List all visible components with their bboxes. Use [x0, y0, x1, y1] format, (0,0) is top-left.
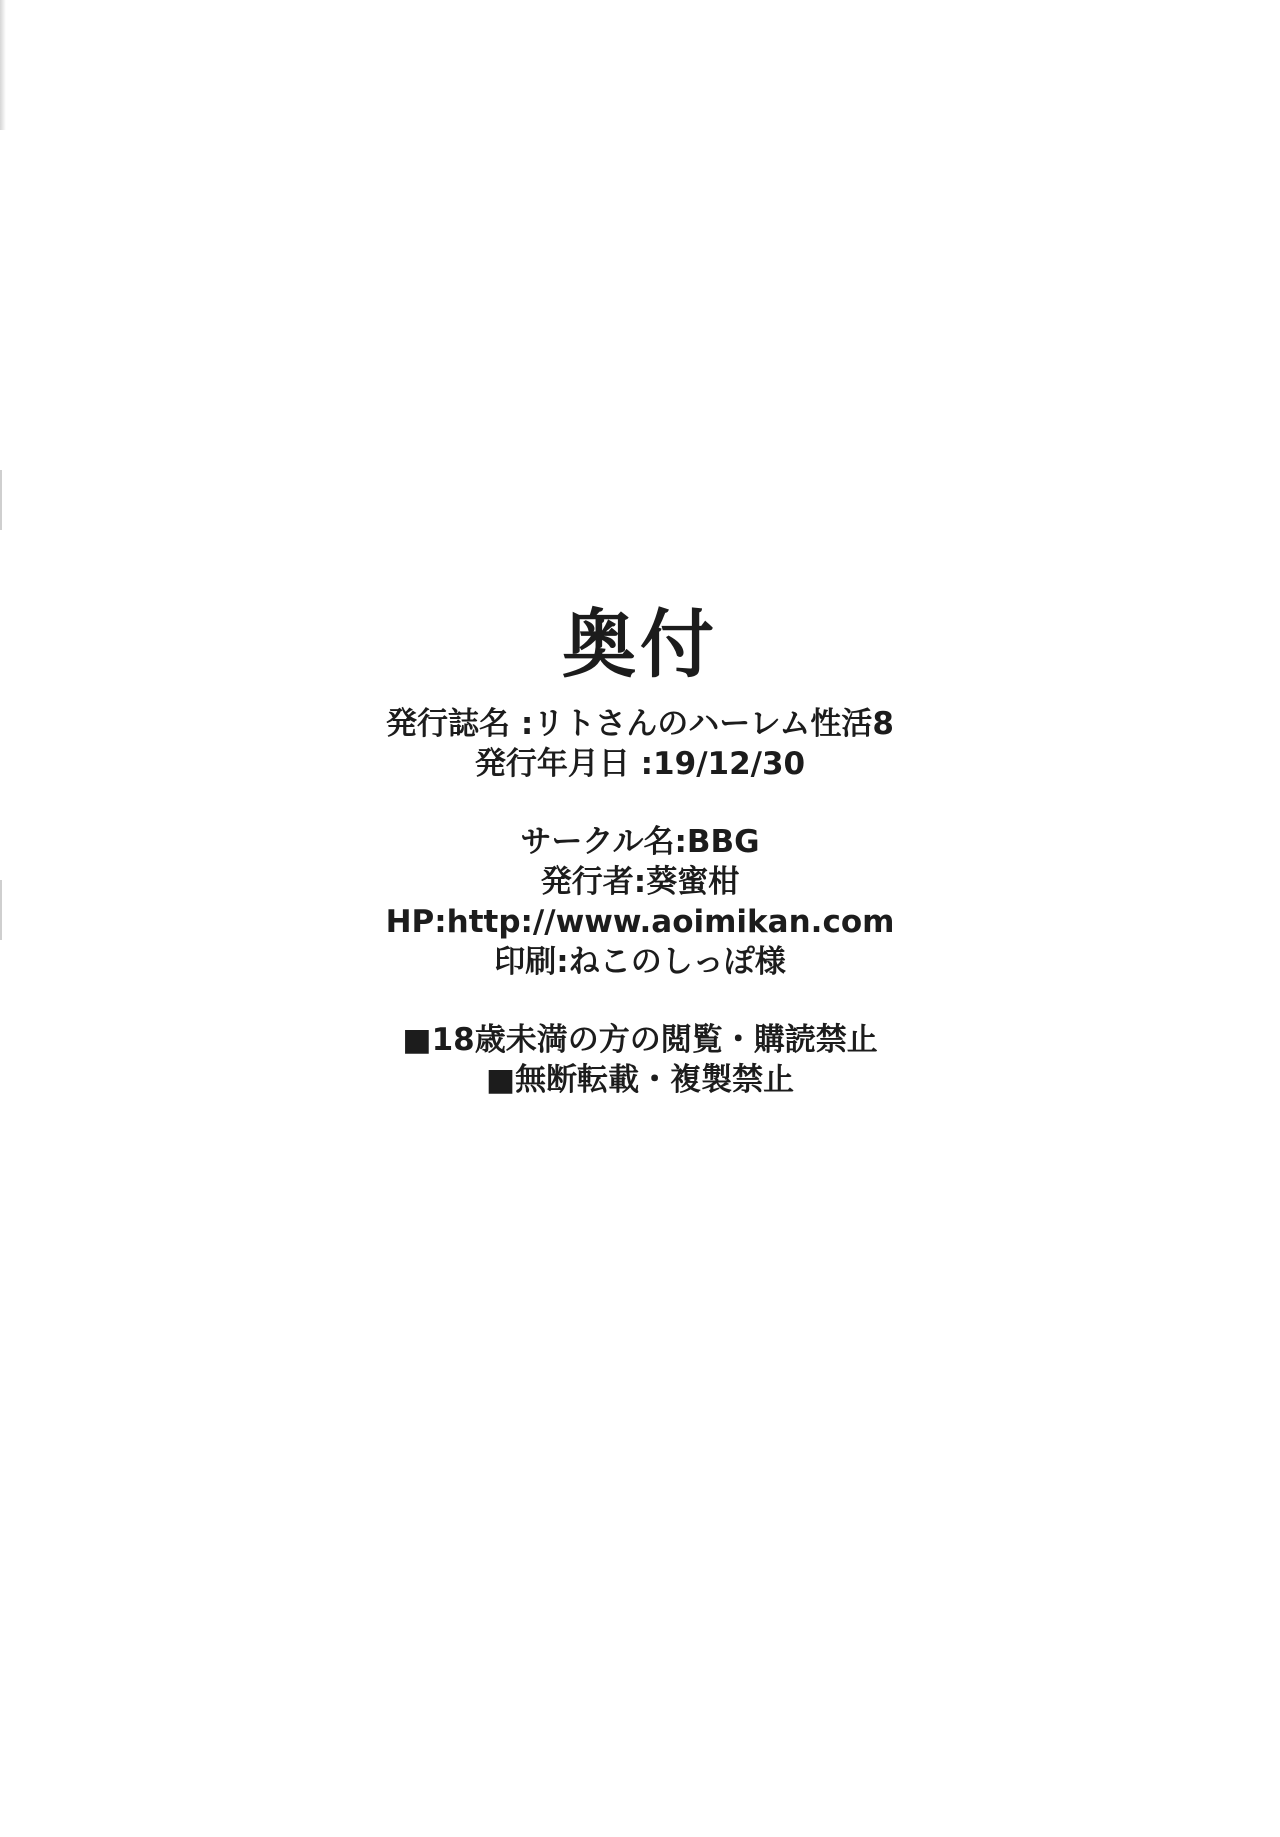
colophon-title: 奥付: [0, 600, 1280, 690]
homepage-line: HP:http://www.aoimikan.com: [0, 902, 1280, 942]
colophon-block: 奥付 発行誌名 :リトさんのハーレム性活8 発行年月日 :19/12/30 サー…: [0, 600, 1280, 1100]
publication-title-line: 発行誌名 :リトさんのハーレム性活8: [0, 704, 1280, 744]
notice-no-reproduction: ■無断転載・複製禁止: [0, 1060, 1280, 1100]
spacer: [0, 784, 1280, 822]
printer-line: 印刷:ねこのしっぽ様: [0, 942, 1280, 982]
spacer: [0, 982, 1280, 1020]
page-edge-mark: [0, 470, 2, 530]
page-edge-shadow: [0, 0, 6, 130]
circle-name-line: サークル名:BBG: [0, 822, 1280, 862]
publication-date-line: 発行年月日 :19/12/30: [0, 744, 1280, 784]
notice-age-restriction: ■18歳未満の方の閲覧・購読禁止: [0, 1020, 1280, 1060]
publisher-line: 発行者:葵蜜柑: [0, 862, 1280, 902]
